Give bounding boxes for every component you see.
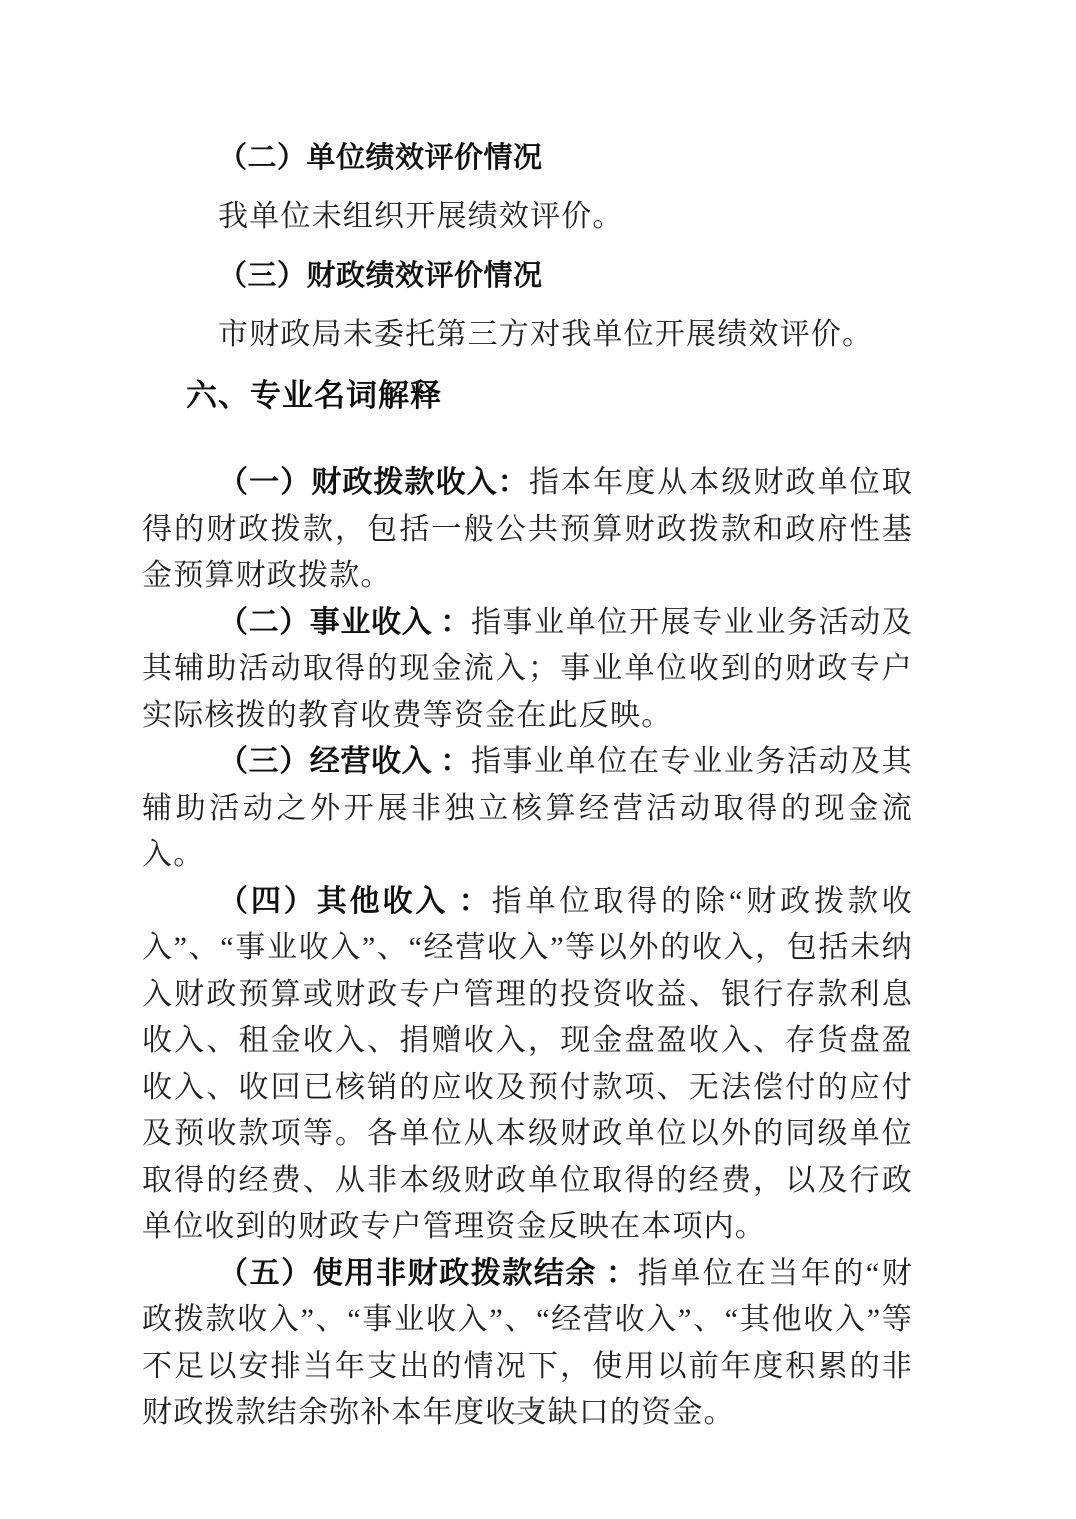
- term-operating-income-institution: （二）事业收入 ：指事业单位开展专业业务活动及其辅助活动取得的现金流入；事业单位…: [142, 600, 913, 740]
- paragraph-unit-performance-evaluation: 我单位未组织开展绩效评价。: [142, 197, 913, 237]
- term-lead: （二）事业收入 ：: [218, 606, 471, 639]
- page-number: – 7 –: [0, 1400, 1076, 1425]
- term-business-income: （三）经营收入 ：指事业单位在专业业务活动及其辅助活动之外开展非独立核算经营活动…: [142, 739, 913, 879]
- term-body: 指单位取得的除“财政拨款收入”、“事业收入”、“经营收入”等以外的收入，包括未纳…: [142, 885, 913, 1244]
- paragraph-finance-performance-evaluation: 市财政局未委托第三方对我单位开展绩效评价。: [142, 315, 913, 355]
- term-fiscal-appropriation-income: （一）财政拨款收入：指本年度从本级财政单位取得的财政拨款，包括一般公共预算财政拨…: [142, 460, 913, 600]
- term-lead: （四）其他收入 ：: [218, 885, 492, 918]
- term-lead: （一）财政拨款收入：: [218, 466, 529, 499]
- term-lead: （五）使用非财政拨款结余 ：: [218, 1257, 638, 1290]
- heading-unit-performance-evaluation: （二）单位绩效评价情况: [142, 138, 913, 178]
- heading-glossary-section: 六、专业名词解释: [186, 374, 913, 418]
- document-page: （二）单位绩效评价情况 我单位未组织开展绩效评价。 （三）财政绩效评价情况 市财…: [0, 0, 1076, 1519]
- term-lead: （三）经营收入 ：: [218, 745, 471, 778]
- heading-finance-performance-evaluation: （三）财政绩效评价情况: [142, 256, 913, 296]
- document-content: （二）单位绩效评价情况 我单位未组织开展绩效评价。 （三）财政绩效评价情况 市财…: [142, 138, 913, 1437]
- term-other-income: （四）其他收入 ：指单位取得的除“财政拨款收入”、“事业收入”、“经营收入”等以…: [142, 879, 913, 1251]
